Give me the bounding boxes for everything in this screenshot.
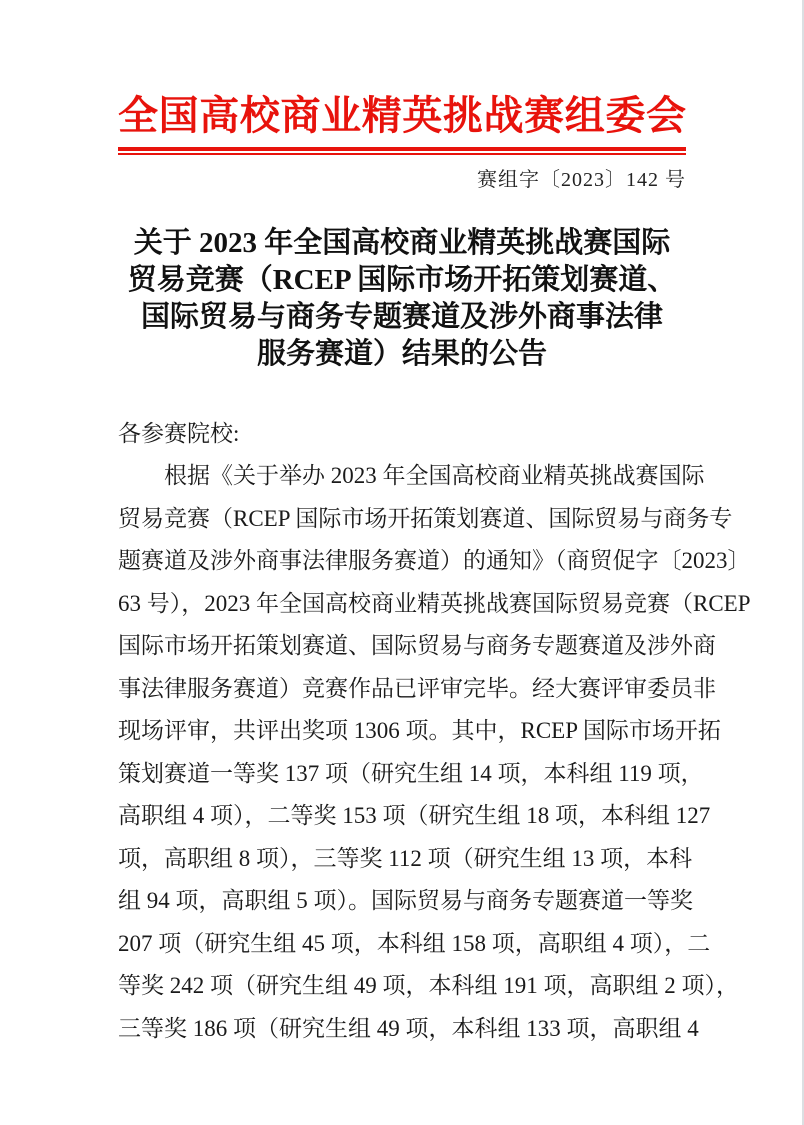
body-line: 策划赛道一等奖 137 项（研究生组 14 项，本科组 119 项， bbox=[118, 753, 686, 796]
letterhead-org-name: 全国高校商业精英挑战赛组委会 bbox=[118, 90, 686, 142]
body-line: 组 94 项，高职组 5 项）。国际贸易与商务专题赛道一等奖 bbox=[118, 880, 686, 923]
body-line: 高职组 4 项），二等奖 153 项（研究生组 18 项，本科组 127 bbox=[118, 795, 686, 838]
document-page: 全国高校商业精英挑战赛组委会 赛组字〔2023〕142 号 关于 2023 年全… bbox=[0, 0, 804, 1125]
letterhead-divider bbox=[118, 147, 686, 155]
body-line: 63 号），2023 年全国高校商业精英挑战赛国际贸易竞赛（RCEP bbox=[118, 583, 686, 626]
body-line: 项，高职组 8 项），三等奖 112 项（研究生组 13 项，本科 bbox=[118, 838, 686, 881]
title-line-3: 国际贸易与商务专题赛道及涉外商事法律 bbox=[118, 299, 686, 336]
red-rule-thin bbox=[118, 153, 686, 155]
notice-body: 各参赛院校: 根据《关于举办 2023 年全国高校商业精英挑战赛国际 贸易竞赛（… bbox=[118, 413, 686, 1050]
body-line: 题赛道及涉外商事法律服务赛道）的通知》（商贸促字〔2023〕 bbox=[118, 540, 686, 583]
body-line: 207 项（研究生组 45 项，本科组 158 项，高职组 4 项），二 bbox=[118, 923, 686, 966]
body-line: 三等奖 186 项（研究生组 49 项，本科组 133 项，高职组 4 bbox=[118, 1008, 686, 1051]
body-line: 国际市场开拓策划赛道、国际贸易与商务专题赛道及涉外商 bbox=[118, 625, 686, 668]
title-line-1: 关于 2023 年全国高校商业精英挑战赛国际 bbox=[118, 225, 686, 262]
body-line: 贸易竞赛（RCEP 国际市场开拓策划赛道、国际贸易与商务专 bbox=[118, 498, 686, 541]
body-line: 事法律服务赛道）竞赛作品已评审完毕。经大赛评审委员非 bbox=[118, 668, 686, 711]
title-line-4: 服务赛道）结果的公告 bbox=[118, 336, 686, 373]
body-line: 等奖 242 项（研究生组 49 项，本科组 191 项，高职组 2 项）， bbox=[118, 965, 686, 1008]
body-line: 现场评审，共评出奖项 1306 项。其中，RCEP 国际市场开拓 bbox=[118, 710, 686, 753]
notice-title: 关于 2023 年全国高校商业精英挑战赛国际 贸易竞赛（RCEP 国际市场开拓策… bbox=[118, 225, 686, 373]
body-line: 根据《关于举办 2023 年全国高校商业精英挑战赛国际 bbox=[118, 455, 686, 498]
title-line-2: 贸易竞赛（RCEP 国际市场开拓策划赛道、 bbox=[118, 262, 686, 299]
salutation: 各参赛院校: bbox=[118, 413, 686, 455]
document-reference-number: 赛组字〔2023〕142 号 bbox=[118, 167, 686, 193]
